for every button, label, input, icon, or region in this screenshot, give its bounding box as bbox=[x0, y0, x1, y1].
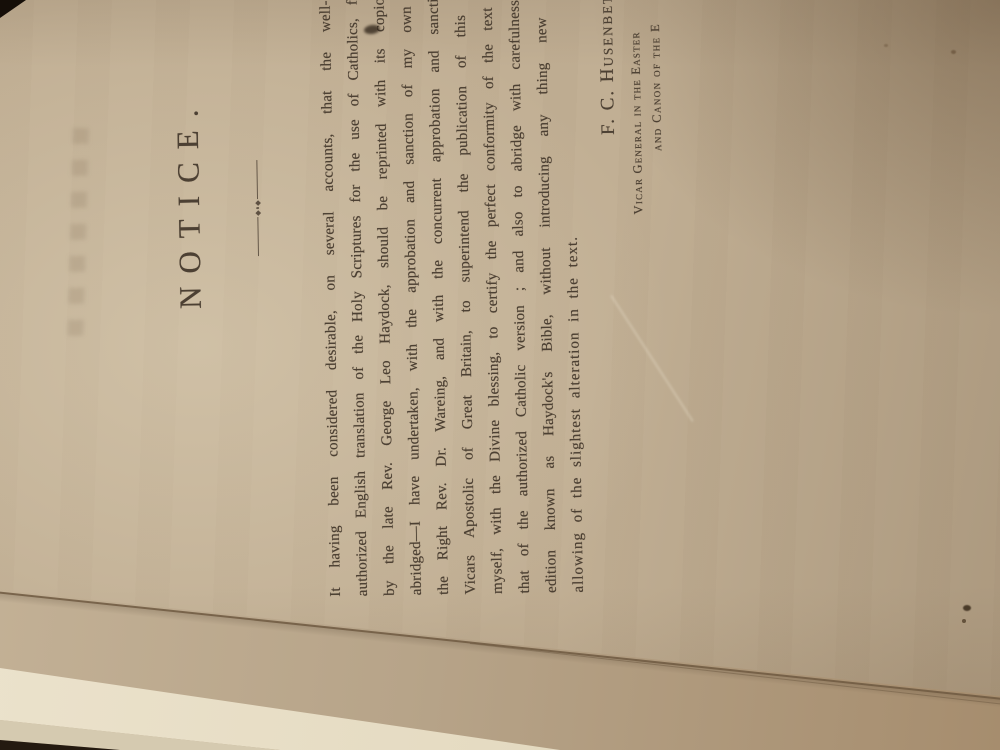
paper-stain bbox=[884, 44, 888, 47]
paper-stain bbox=[962, 619, 966, 623]
rule-line-right bbox=[256, 160, 258, 199]
diamond-ornament-icon bbox=[255, 200, 261, 206]
book-page-photo: NOTICE. It having been considered desira… bbox=[0, 0, 1000, 750]
printed-text-block: NOTICE. It having been considered desira… bbox=[136, 0, 710, 600]
rule-line-left bbox=[257, 217, 259, 256]
signature-title-line-2: and Canon of the E bbox=[643, 0, 665, 151]
notice-paragraph: It having been considered desirable, on … bbox=[312, 0, 593, 597]
dot-ornament-icon bbox=[256, 207, 258, 209]
reverse-side-show-through bbox=[67, 128, 89, 343]
ornamental-rule bbox=[252, 160, 263, 256]
signature-title-line-1: Vicar General in the Easter bbox=[623, 0, 646, 215]
paper-stain bbox=[963, 605, 971, 611]
diamond-ornament-icon bbox=[255, 210, 261, 216]
notice-title: NOTICE. bbox=[162, 0, 216, 600]
paper-stain bbox=[951, 50, 956, 54]
signature-name: F. C. Husenbet bbox=[591, 0, 621, 135]
